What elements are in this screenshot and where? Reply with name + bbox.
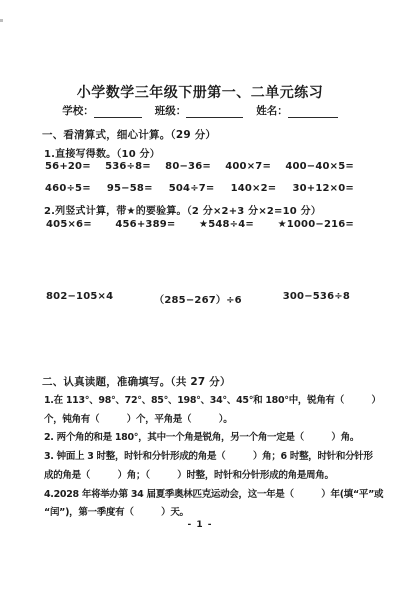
section1-heading: 一、看清算式，细心计算。（29 分） [42,127,216,142]
school-field: 学校： [62,103,142,118]
student-info-row: 学校： 班级： 姓名： [44,103,356,118]
expression: 460÷5= [45,183,91,194]
expression: 300−536÷8 [283,291,350,306]
school-label: 学校： [62,103,94,118]
class-label: 班级： [155,103,187,118]
page-title: 小学数学三年级下册第一、二单元练习 [0,82,400,102]
worksheet-page: 小学数学三年级下册第一、二单元练习 学校： 班级： 姓名： 一、看清算式，细心计… [0,0,400,600]
question1-line2: 个，钝角有（ ）个，平角是（ ）。 [44,411,372,430]
question4-line1: 4.2028 年将举办第 34 届夏季奥林匹克运动会，这一年是（ ）年(填“平”… [44,486,372,505]
question2-line: 2. 两个角的和是 180°，其中一个角是锐角，另一个角一定是（ ）角。 [44,429,372,448]
expression: 80−36= [165,161,211,172]
section2-heading: 二、认真读题，准确填写。（共 27 分） [42,374,231,389]
mixed-operations-row: 802−105×4 （285−267）÷6 300−536÷8 [46,291,350,306]
vertical-calc-row: 405×6= 456+389= ★548÷4= ★1000−216= [46,219,354,230]
expression: 405×6= [46,219,92,230]
class-blank-line [186,106,243,118]
question3-line2: 成的角是（ ）角；（ ）时整，时针和分针形成的角是周角。 [44,467,372,486]
mental-math-row-1: 56+20= 536÷8= 80−36= 400×7= 400−40×5= [45,161,354,172]
scan-artifact [0,19,3,22]
starred-expression: ★548÷4= [199,219,254,230]
expression: 95−58= [107,183,153,194]
expression: 400−40×5= [285,161,354,172]
expression: 400×7= [225,161,271,172]
expression: 504÷7= [169,183,215,194]
expression: 30+12×0= [292,183,354,194]
name-blank-line [288,106,338,118]
mental-math-row-2: 460÷5= 95−58= 504÷7= 140×2= 30+12×0= [45,183,354,194]
expression: 140×2= [231,183,277,194]
expression: 456+389= [115,219,175,230]
class-field: 班级： [155,103,244,118]
expression: 56+20= [45,161,91,172]
expression: （285−267）÷6 [154,291,242,306]
section1-q1-heading: 1.直接写得数。（10 分） [44,145,160,160]
name-field: 姓名： [256,103,338,118]
school-blank-line [94,106,142,118]
expression: 802−105×4 [46,291,113,306]
page-number: - 1 - [0,520,400,530]
expression: 536÷8= [105,161,151,172]
starred-expression: ★1000−216= [278,219,354,230]
section1-q2-heading: 2.列竖式计算，带★的要验算。（2 分×2+3 分×2=10 分） [44,202,321,217]
question1-line1: 1.在 113°、98°、72°、85°、198°、34°、45°和 180°中… [44,392,372,411]
fill-in-questions: 1.在 113°、98°、72°、85°、198°、34°、45°和 180°中… [44,392,372,523]
question3-line1: 3. 钟面上 3 时整，时针和分针形成的角是（ ）角；6 时整，时针和分针形 [44,448,372,467]
name-label: 姓名： [256,103,288,118]
